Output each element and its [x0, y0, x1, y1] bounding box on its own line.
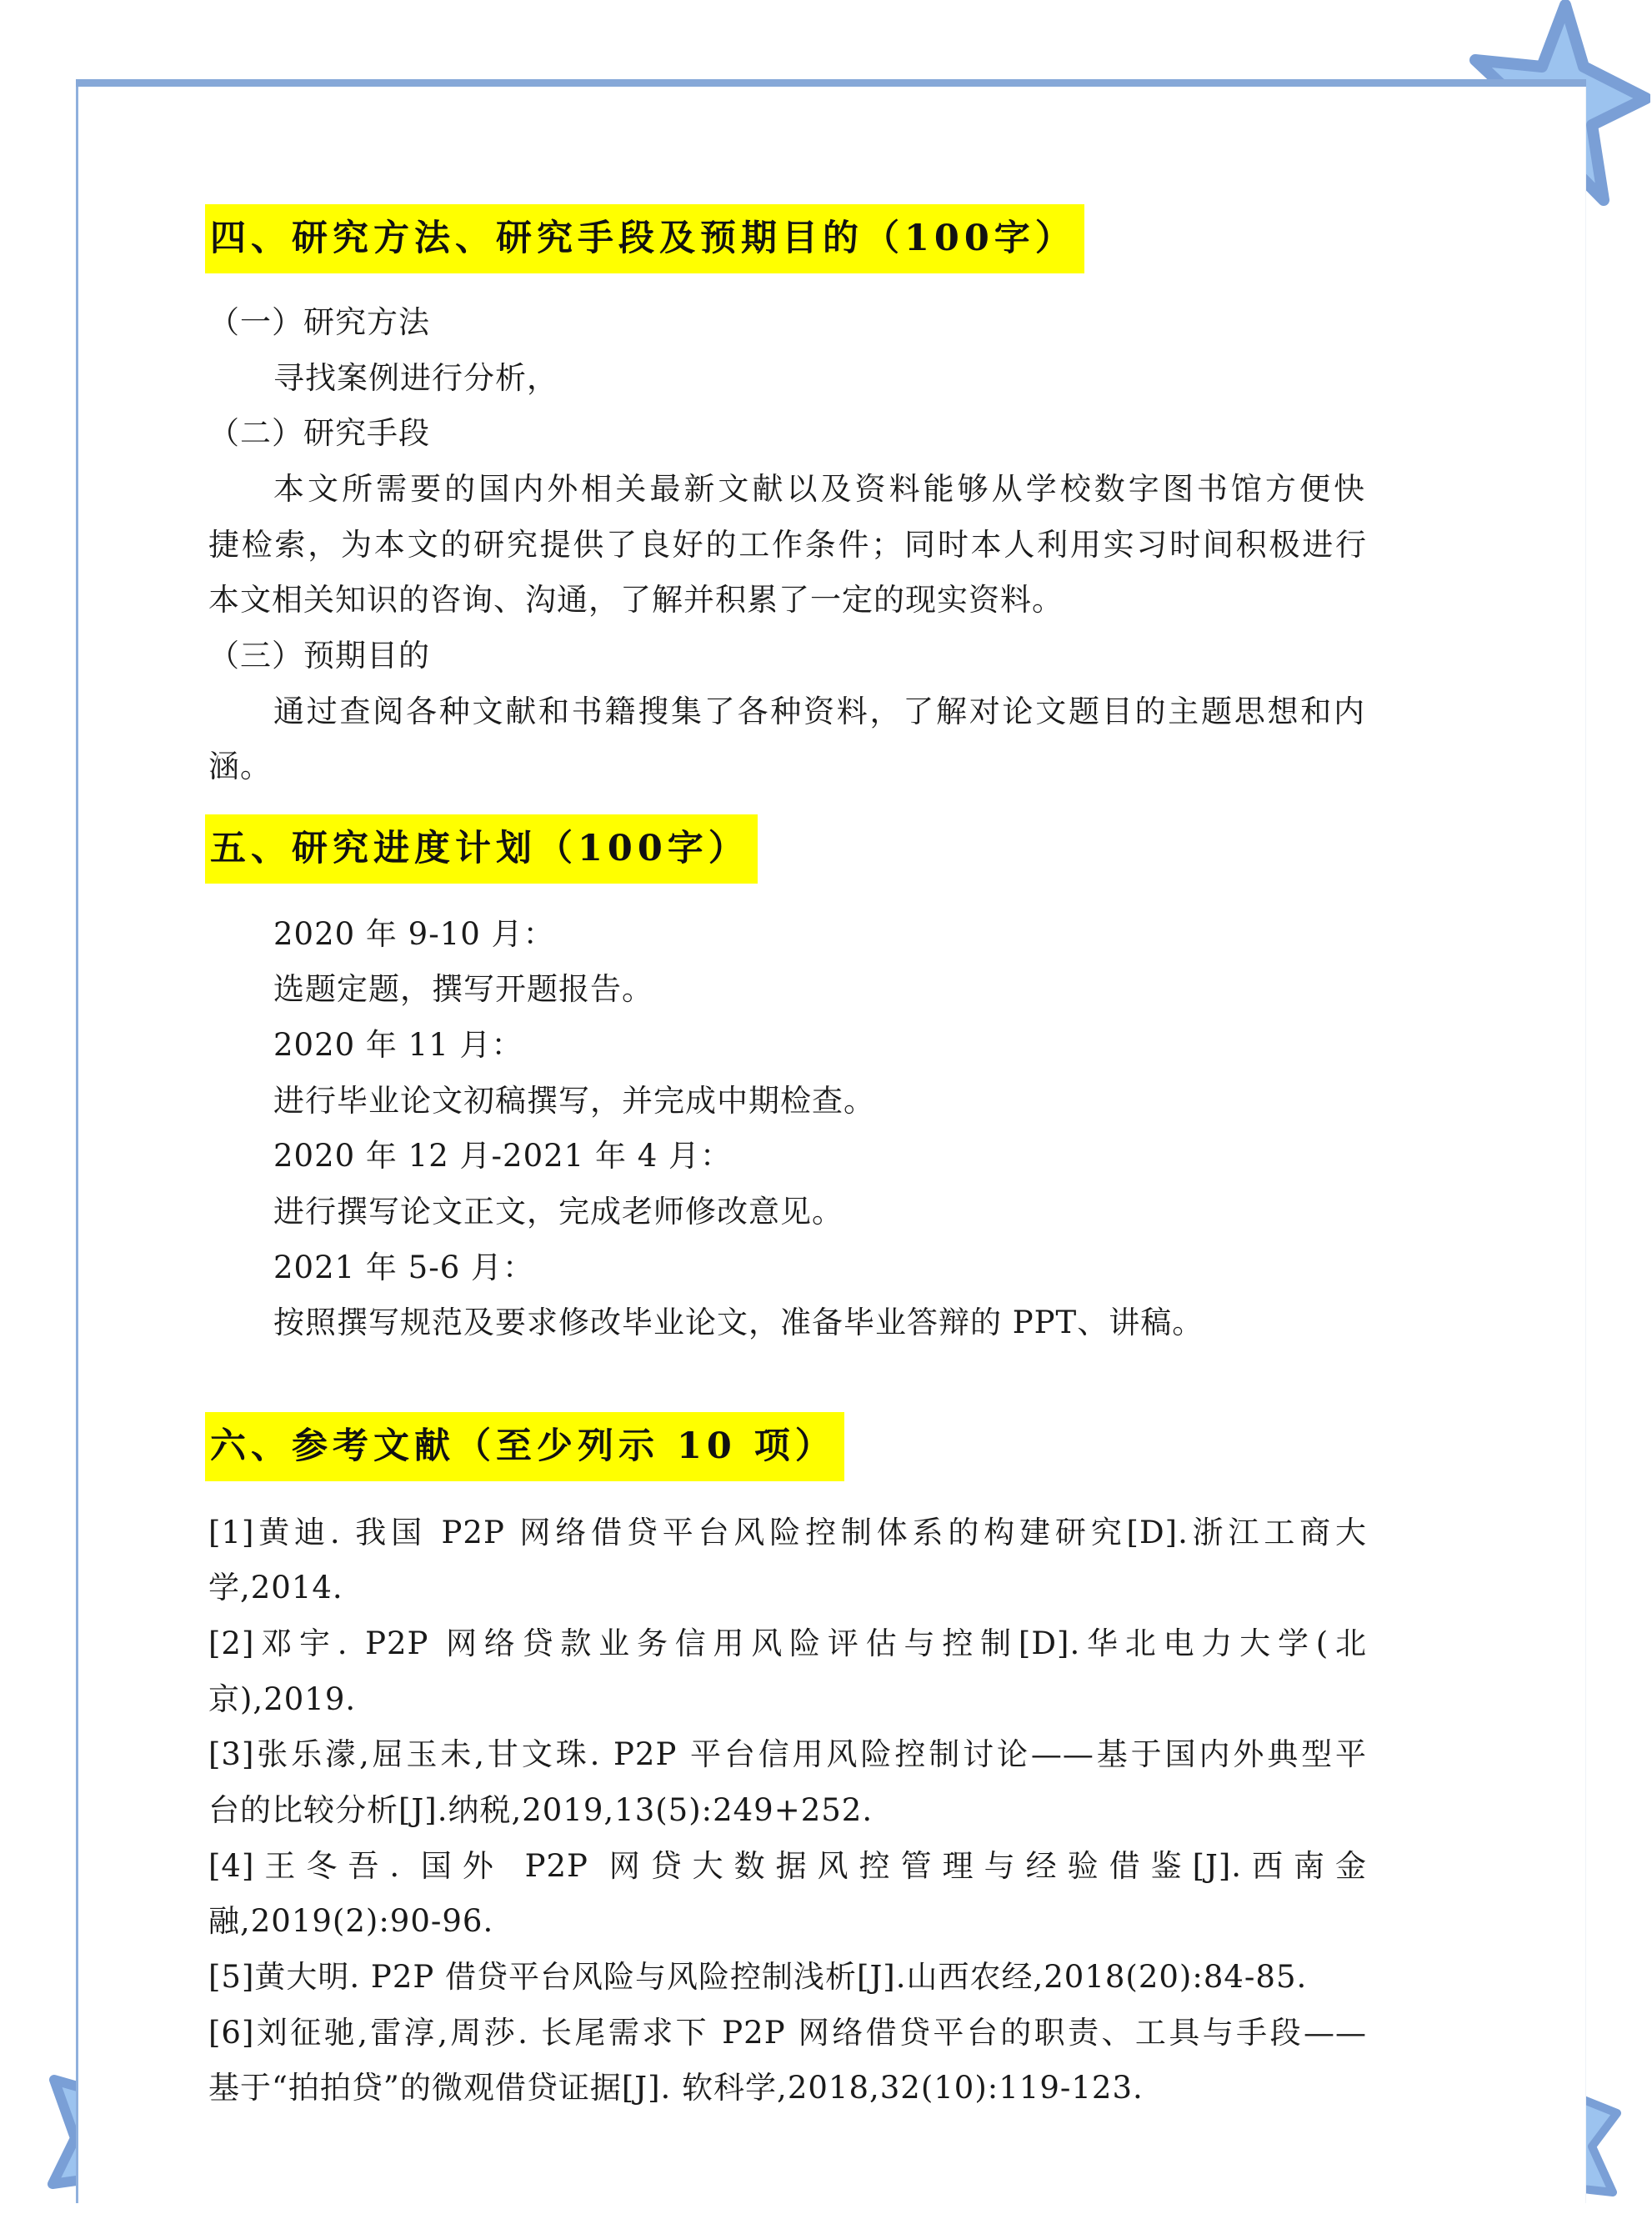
schedule-period: 2021 年 5-6 月：	[273, 1240, 1432, 1295]
paragraph-research-means-line: 本文所需要的国内外相关最新文献以及资料能够从学校数字图书馆方便快	[273, 461, 1365, 517]
reference-item-cont: 融,2019(2):90-96.	[208, 1893, 1367, 1949]
schedule-task: 进行撰写论文正文，完成老师修改意见。	[273, 1184, 1432, 1240]
schedule-period: 2020 年 9-10 月：	[273, 906, 1432, 962]
paragraph-expected-goal-line: 通过查阅各种文献和书籍搜集了各种资料，了解对论文题目的主题思想和内	[273, 684, 1365, 739]
section-4-heading: 四、研究方法、研究手段及预期目的（100字）	[205, 204, 1084, 273]
schedule-period: 2020 年 12 月-2021 年 4 月：	[273, 1128, 1432, 1184]
subheading-research-means: （二）研究手段	[208, 405, 1367, 461]
reference-item: [1]黄迪. 我国 P2P 网络借贷平台风险控制体系的构建研究[D].浙江工商大	[208, 1505, 1367, 1560]
reference-item-cont: 基于“拍拍贷”的微观借贷证据[J]. 软科学,2018,32(10):119-1…	[208, 2060, 1367, 2116]
section-5-heading: 五、研究进度计划（100字）	[205, 814, 758, 884]
reference-item: [6]刘征驰,雷淳,周莎. 长尾需求下 P2P 网络借贷平台的职责、工具与手段—…	[208, 2005, 1367, 2061]
schedule-task: 进行毕业论文初稿撰写，并完成中期检查。	[273, 1073, 1432, 1129]
reference-item: [3]张乐濛,屈玉未,甘文珠. P2P 平台信用风险控制讨论——基于国内外典型平	[208, 1726, 1367, 1782]
reference-item: [4]王冬吾. 国外 P2P 网贷大数据风控管理与经验借鉴[J].西南金	[208, 1838, 1367, 1894]
reference-item-cont: 学,2014.	[208, 1560, 1367, 1615]
subheading-expected-goal: （三）预期目的	[208, 628, 1367, 684]
reference-item: [5]黄大明. P2P 借贷平台风险与风险控制浅析[J].山西农经,2018(2…	[208, 1949, 1367, 2005]
paragraph-research-means-line: 本文相关知识的咨询、沟通，了解并积累了一定的现实资料。	[208, 572, 1367, 628]
schedule-task: 选题定题，撰写开题报告。	[273, 961, 1432, 1017]
frame-top-border	[76, 79, 1586, 87]
reference-item-cont: 京),2019.	[208, 1671, 1367, 1727]
reference-item: [2]邓宇. P2P 网络贷款业务信用风险评估与控制[D].华北电力大学(北	[208, 1615, 1367, 1671]
schedule-task: 按照撰写规范及要求修改毕业论文，准备毕业答辩的 PPT、讲稿。	[273, 1295, 1432, 1350]
paragraph-research-means-line: 捷检索，为本文的研究提供了良好的工作条件；同时本人利用实习时间积极进行	[208, 517, 1367, 573]
paragraph-expected-goal-line: 涵。	[208, 739, 1367, 794]
schedule-period: 2020 年 11 月：	[273, 1017, 1432, 1073]
paragraph-research-method: 寻找案例进行分析，	[273, 350, 1432, 406]
section-6-heading: 六、参考文献（至少列示 10 项）	[205, 1412, 844, 1481]
reference-item-cont: 台的比较分析[J].纳税,2019,13(5):249+252.	[208, 1782, 1367, 1838]
subheading-research-method: （一）研究方法	[208, 294, 1367, 350]
